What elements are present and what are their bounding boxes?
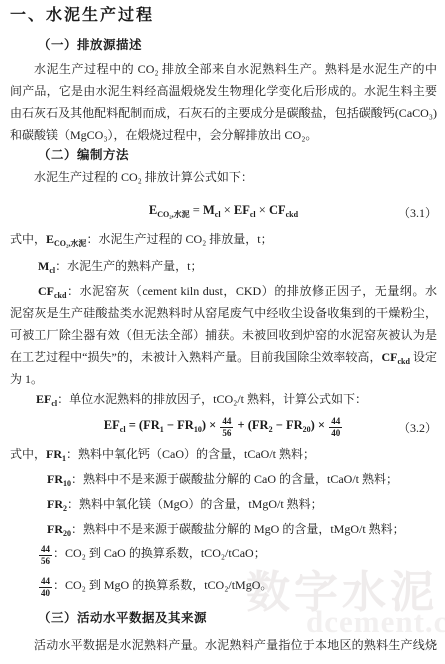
text-run: =	[190, 203, 203, 217]
body-line: 在工艺过程中“损失”的，未被计入熟料产量。目前我国除尘效率较高，CFckd 设定	[10, 349, 437, 370]
text-run: （一）排放源描述	[38, 38, 142, 52]
definition-line: Mcl：水泥生产的熟料产量，t；	[38, 258, 437, 279]
text-run: CO₂,水泥	[54, 239, 86, 248]
text-run: 设定	[410, 350, 437, 364]
text-run: 水泥生产过程的 CO₂ 排放计算公式如下：	[34, 170, 253, 184]
text-run: ×	[256, 203, 269, 217]
body-line: 水泥生产过程的 CO₂ 排放计算公式如下：	[34, 169, 437, 186]
text-run: ：熟料中不是来源于碳酸盐分解的 CaO 的含量，tCaO/t 熟料；	[71, 472, 398, 486]
text-run: 活动水平数据是水泥熟料产量。水泥熟料产量指位于本地区的熟料生产线烧	[34, 638, 437, 652]
text-run: M	[38, 259, 49, 273]
document-page: 数字水泥 dcement.com 一、水泥生产过程（一）排放源描述水泥生产过程中…	[0, 0, 445, 664]
definition-line: FR2：熟料中氧化镁（MgO）的含量，tMgO/t 熟料；	[47, 496, 437, 517]
text-run: ：水泥生产的熟料产量，t；	[55, 259, 202, 273]
text-run: M	[203, 203, 215, 217]
text-run: ：水泥生产过程的 CO₂ 排放量，t；	[86, 232, 272, 246]
text-run: ：熟料中氧化钙（CaO）的含量，tCaO/t 熟料；	[66, 447, 315, 461]
text-run: CO₂,水泥	[157, 210, 189, 219]
definition-line: EFcl：单位水泥熟料的排放因子，tCO₂/t 熟料，计算公式如下：	[36, 391, 437, 412]
body-line: 可被工厂除尘器有效（但无法全部）捕获。未被回收到炉窑的水泥窑灰被认为是	[10, 327, 437, 344]
body-line: 泥窑灰是生产硅酸盐类水泥熟料时从窑尾废气中经收尘设备收集到的干燥粉尘，	[10, 305, 437, 322]
text-run: 间产品，它是由水泥生料经高温煅烧发生物理化学变化后形成的。水泥生料主要	[10, 84, 437, 98]
text-run: FR	[47, 497, 63, 511]
fraction: 4440	[328, 417, 343, 438]
text-run: ×	[221, 203, 234, 217]
section-heading-3: （三）活动水平数据及其来源	[38, 610, 437, 627]
fraction: 4456	[38, 545, 53, 566]
text-run: FR	[143, 418, 160, 432]
text-run: E	[149, 203, 157, 217]
definition-line: 4456：CO₂ 到 CaO 的换算系数，tCO₂/tCaO；	[38, 545, 437, 566]
text-run: FR	[47, 472, 63, 486]
formula-3-1: ECO₂,水泥 = Mcl × EFcl × CFckd（3.1）	[10, 197, 437, 228]
section-heading-2: （二）编制方法	[38, 147, 437, 164]
definition-line: 式中，FR1：熟料中氧化钙（CaO）的含量，tCaO/t 熟料；	[10, 446, 437, 467]
text-run: ) ×	[202, 418, 220, 432]
definition-line: 式中，ECO₂,水泥：水泥生产过程的 CO₂ 排放量，t；	[10, 231, 437, 252]
text-run: EF	[234, 203, 250, 217]
text-run: CF	[269, 203, 286, 217]
body-line: 由石灰石及其他配料配制而成，石灰石的主要成分是碳酸盐，包括碳酸钙(CaCO₃)	[10, 105, 437, 122]
fraction: 4456	[219, 417, 234, 438]
text-run: 10	[194, 425, 202, 434]
text-run: ：熟料中氧化镁（MgO）的含量，tMgO/t 熟料；	[67, 497, 323, 511]
text-run: （三）活动水平数据及其来源	[38, 611, 207, 625]
text-run: 可被工厂除尘器有效（但无法全部）捕获。未被回收到炉窑的水泥窑灰被认为是	[10, 328, 437, 342]
text-run: −	[164, 418, 177, 432]
text-run: ：熟料中不是来源于碳酸盐分解的 MgO 的含量，tMgO/t 熟料；	[71, 522, 405, 536]
text-run: ：水泥窑灰（cement kiln dust，CKD）的排放修正因子，无量纲。水	[66, 284, 437, 298]
text-run: 20	[63, 529, 71, 538]
equation-number: （3.1）	[398, 200, 437, 226]
text-run: −	[273, 418, 286, 432]
text-run: 在工艺过程中“损失”的，未被计入熟料产量。目前我国除尘效率较高，	[10, 350, 381, 364]
text-run: 式中，	[10, 447, 46, 461]
text-run: 一、水泥生产过程	[10, 7, 154, 24]
text-run: ckd	[397, 357, 409, 366]
definition-line: FR20：熟料中不是来源于碳酸盐分解的 MgO 的含量，tMgO/t 熟料；	[47, 521, 437, 542]
definition-line: FR10：熟料中不是来源于碳酸盐分解的 CaO 的含量，tCaO/t 熟料；	[47, 471, 437, 492]
text-run: E	[46, 232, 54, 246]
text-run: 为 1。	[10, 372, 43, 386]
text-run: CF	[381, 350, 397, 364]
fraction: 4440	[38, 577, 53, 598]
text-run: FR	[47, 522, 63, 536]
text-run: CF	[38, 284, 54, 298]
text-run: EF	[36, 392, 51, 406]
text-run: EF	[104, 418, 120, 432]
text-run: 水泥生产过程中的 CO₂ 排放全部来自水泥熟料生产。熟料是水泥生产的中	[34, 62, 437, 76]
text-layer: 一、水泥生产过程（一）排放源描述水泥生产过程中的 CO₂ 排放全部来自水泥熟料生…	[0, 0, 445, 664]
section-heading-1: （一）排放源描述	[38, 37, 437, 54]
text-run: ：CO₂ 到 CaO 的换算系数，tCO₂/tCaO；	[53, 546, 266, 560]
doc-title: 一、水泥生产过程	[10, 6, 437, 26]
text-run: FR	[177, 418, 194, 432]
body-line: 水泥生产过程中的 CO₂ 排放全部来自水泥熟料生产。熟料是水泥生产的中	[34, 61, 437, 78]
equation-number: （3.2）	[398, 415, 437, 441]
formula-3-2: EFcl = (FR1 − FR10) × 4456 + (FR2 − FR20…	[10, 412, 437, 443]
body-line: 间产品，它是由水泥生料经高温煅烧发生物理化学变化后形成的。水泥生料主要	[10, 83, 437, 100]
text-run: ) ×	[311, 418, 329, 432]
text-run: 式中，	[10, 232, 46, 246]
text-run: ：CO₂ 到 MgO 的换算系数，tCO₂/tMgO。	[53, 578, 272, 592]
body-line: 活动水平数据是水泥熟料产量。水泥熟料产量指位于本地区的熟料生产线烧	[34, 637, 437, 654]
body-line: 和碳酸镁（MgCO₃），在煅烧过程中，会分解排放出 CO₂。	[10, 127, 437, 144]
text-run: ckd	[54, 291, 66, 300]
text-run: ：单位水泥熟料的排放因子，tCO₂/t 熟料，计算公式如下：	[57, 392, 367, 406]
body-line: 为 1。	[10, 371, 437, 388]
text-run: 20	[303, 425, 311, 434]
text-run: ckd	[286, 210, 298, 219]
text-run: FR	[46, 447, 62, 461]
definition-line: CFckd：水泥窑灰（cement kiln dust，CKD）的排放修正因子，…	[38, 283, 437, 304]
text-run: FR	[252, 418, 269, 432]
text-run: （二）编制方法	[38, 148, 129, 162]
text-run: 泥窑灰是生产硅酸盐类水泥熟料时从窑尾废气中经收尘设备收集到的干燥粉尘，	[10, 306, 437, 320]
text-run: 和碳酸镁（MgCO₃），在煅烧过程中，会分解排放出 CO₂。	[10, 128, 317, 142]
text-run: FR	[286, 418, 303, 432]
text-run: + (	[234, 418, 252, 432]
text-run: 由石灰石及其他配料配制而成，石灰石的主要成分是碳酸盐，包括碳酸钙(CaCO₃)	[10, 106, 437, 120]
text-run: = (	[126, 418, 144, 432]
text-run: 10	[63, 479, 71, 488]
definition-line: 4440：CO₂ 到 MgO 的换算系数，tCO₂/tMgO。	[38, 577, 437, 598]
